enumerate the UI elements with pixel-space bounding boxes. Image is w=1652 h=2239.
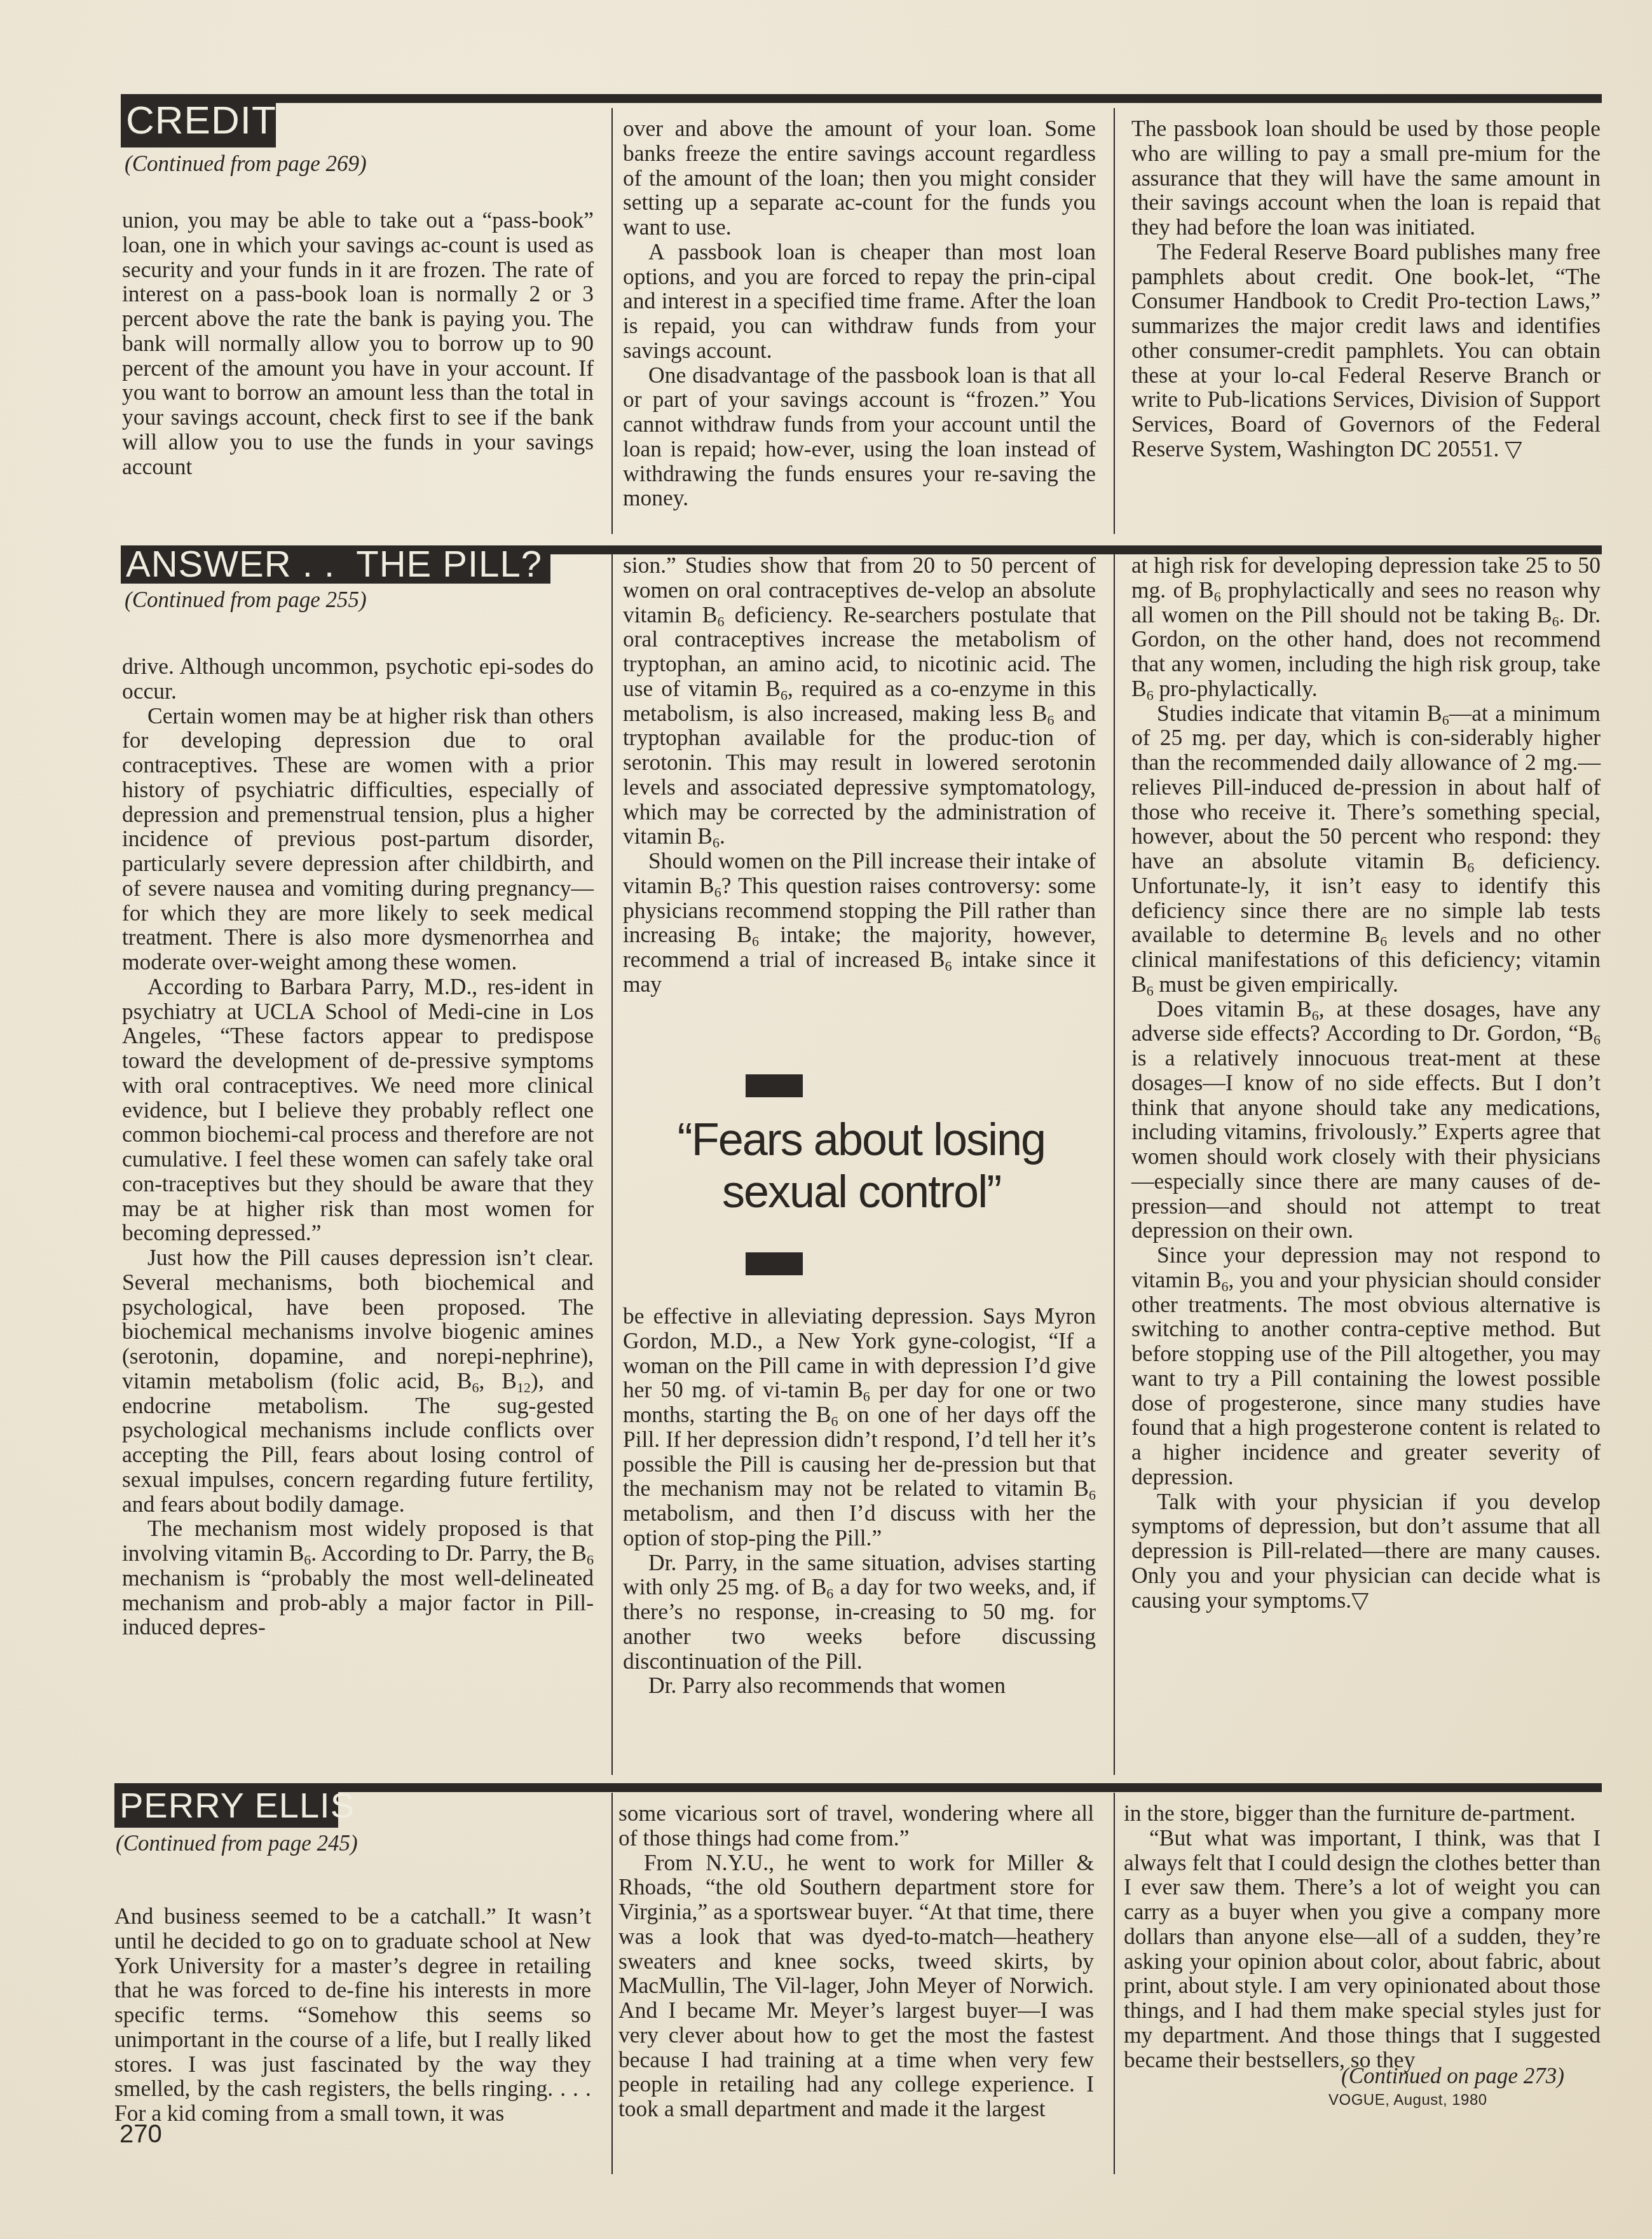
paragraph: According to Barbara Parry, M.D., res-id… [122, 975, 594, 1245]
paragraph: The Federal Reserve Board publishes many… [1131, 240, 1601, 462]
continued-from-credit: (Continued from page 269) [125, 151, 367, 177]
column-divider [1114, 1793, 1115, 2174]
magazine-footer: VOGUE, August, 1980 [1328, 2092, 1487, 2109]
paragraph: Dr. Parry, in the same situation, advise… [623, 1551, 1096, 1674]
paragraph: in the store, bigger than the furniture … [1124, 1801, 1601, 1826]
paragraph: Since your depression may not respond to… [1131, 1243, 1601, 1489]
perry-column-2: some vicarious sort of travel, wondering… [618, 1801, 1094, 2121]
section-rule-credit [121, 94, 1602, 103]
column-divider [1114, 108, 1115, 534]
perry-column-1: And business seemed to be a catchall.” I… [114, 1904, 591, 2126]
paragraph: One disadvantage of the passbook loan is… [623, 363, 1096, 511]
column-divider [1114, 554, 1115, 1775]
pull-quote-bar-top [746, 1074, 803, 1097]
paragraph: Should women on the Pill increase their … [623, 849, 1096, 997]
paragraph: union, you may be able to take out a “pa… [122, 208, 594, 479]
paragraph: drive. Although uncommon, psychotic epi-… [122, 654, 594, 704]
pill-column-2-top: sion.” Studies show that from 20 to 50 p… [623, 553, 1096, 997]
continued-from-pill: (Continued from page 255) [125, 587, 367, 613]
perry-column-3: in the store, bigger than the furniture … [1124, 1801, 1601, 2072]
pill-column-1: drive. Although uncommon, psychotic epi-… [122, 654, 594, 1640]
paragraph: be effective in alleviating depression. … [623, 1304, 1096, 1551]
paragraph: at high risk for developing depression t… [1131, 553, 1601, 701]
credit-column-1: union, you may be able to take out a “pa… [122, 208, 594, 479]
section-header-pill: ANSWER . . THE PILL? [121, 545, 550, 584]
paragraph: The passbook loan should be used by thos… [1131, 116, 1601, 240]
pill-column-2-bottom: be effective in alleviating depression. … [623, 1304, 1096, 1698]
paragraph: The mechanism most widely proposed is th… [122, 1516, 594, 1640]
pull-quote-bar-bottom [746, 1252, 803, 1275]
column-divider [611, 108, 613, 534]
page-number: 270 [119, 2120, 162, 2149]
paragraph: Certain women may be at higher risk than… [122, 704, 594, 975]
pill-column-3: at high risk for developing depression t… [1131, 553, 1601, 1612]
credit-column-3: The passbook loan should be used by thos… [1131, 116, 1601, 462]
paragraph: Dr. Parry also recommends that women [623, 1673, 1096, 1698]
section-header-credit: CREDIT [121, 94, 276, 147]
paragraph: From N.Y.U., he went to work for Miller … [618, 1851, 1094, 2121]
continued-from-perry: (Continued from page 245) [116, 1831, 358, 1856]
paragraph: And business seemed to be a catchall.” I… [114, 1904, 591, 2126]
paragraph: Just how the Pill causes depression isn’… [122, 1245, 594, 1516]
paragraph: over and above the amount of your loan. … [623, 116, 1096, 240]
continued-on-perry: (Continued on page 273) [1341, 2064, 1564, 2089]
paragraph: “But what was important, I think, was th… [1124, 1826, 1601, 2072]
paragraph: Talk with your physician if you develop … [1131, 1489, 1601, 1613]
paragraph: sion.” Studies show that from 20 to 50 p… [623, 553, 1096, 849]
credit-column-2: over and above the amount of your loan. … [623, 116, 1096, 510]
section-header-perry: PERRY ELLIS [114, 1783, 338, 1828]
column-divider [611, 1793, 613, 2174]
paragraph: Does vitamin B6, at these dosages, have … [1131, 997, 1601, 1243]
paragraph: Studies indicate that vitamin B6—at a mi… [1131, 701, 1601, 997]
paragraph: some vicarious sort of travel, wondering… [618, 1801, 1094, 1851]
column-divider [611, 554, 613, 1775]
paragraph: A passbook loan is cheaper than most loa… [623, 240, 1096, 363]
pull-quote: “Fears about losing sexual control” [642, 1114, 1081, 1218]
